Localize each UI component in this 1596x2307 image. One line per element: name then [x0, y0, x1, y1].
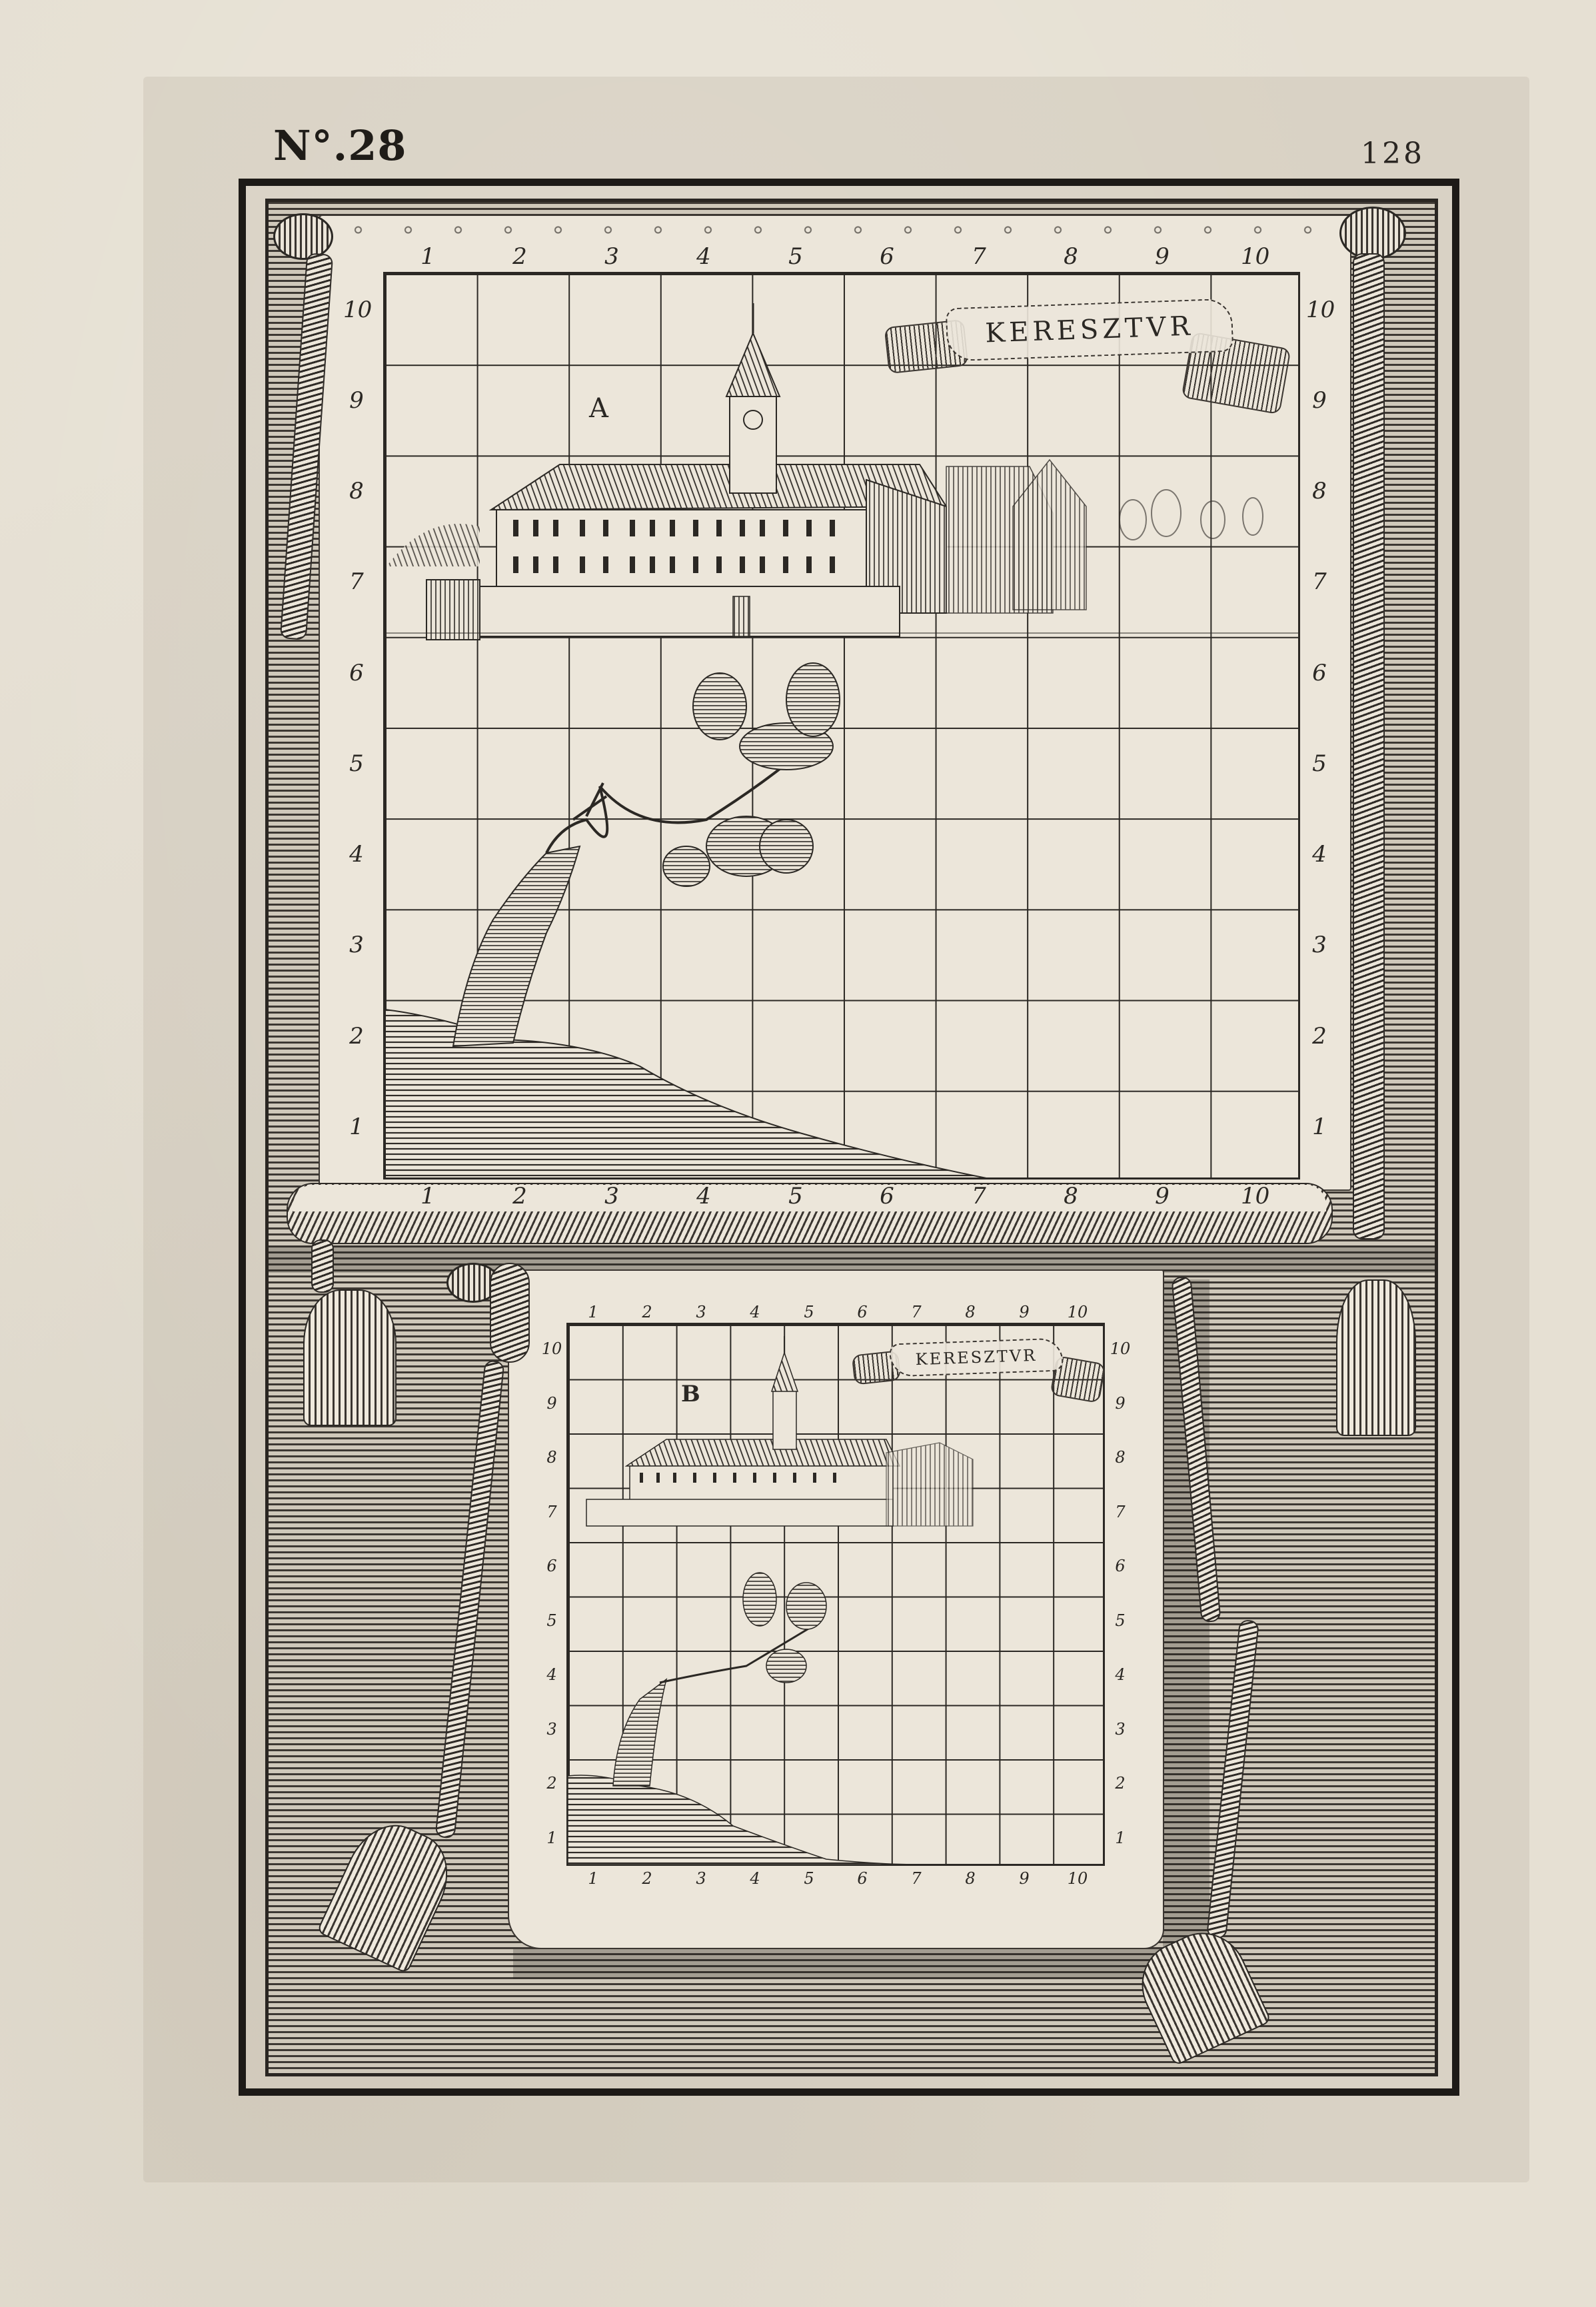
left-tassel-cord — [311, 1239, 334, 1293]
right-top-knob-icon — [1339, 207, 1406, 260]
right-tassel-icon — [1336, 1279, 1416, 1436]
hill-and-tree-b — [568, 1573, 920, 1865]
lower-left-rope-loop — [490, 1263, 530, 1363]
hill-and-tree-a — [385, 663, 986, 1178]
right-rope — [1353, 253, 1385, 1239]
left-top-knob-icon — [273, 213, 333, 260]
castle-scene-a — [387, 303, 1299, 640]
left-tassel-icon — [303, 1289, 397, 1426]
castle-scene-b — [586, 1336, 973, 1526]
